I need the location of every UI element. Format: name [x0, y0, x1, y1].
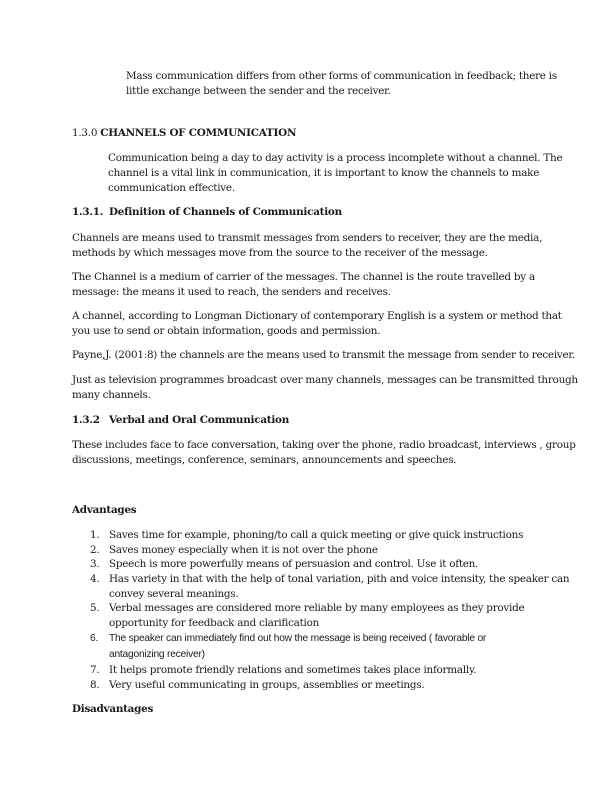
section-number: 1.3.2 — [72, 413, 109, 428]
section-title: Definition of Channels of Communication — [109, 206, 342, 218]
list-number: 6. — [90, 631, 109, 647]
disadvantages-heading: Disadvantages — [72, 702, 153, 717]
section-title: Verbal and Oral Communication — [109, 414, 289, 426]
paragraph-longman: A channel, according to Longman Dictiona… — [72, 309, 562, 339]
text-line: communication effective. — [108, 181, 562, 196]
list-number: 7. — [90, 663, 109, 678]
intro-paragraph: Mass communication differs from other fo… — [126, 69, 557, 99]
list-number: 5. — [90, 601, 109, 616]
document-page: Mass communication differs from other fo… — [0, 0, 612, 792]
text-line: The speaker can immediately find out how… — [109, 631, 486, 647]
text-line: A channel, according to Longman Dictiona… — [72, 309, 562, 324]
text-line: Verbal messages are considered more reli… — [109, 601, 524, 616]
list-number: 3. — [90, 557, 109, 572]
text-line: convey several meanings. — [109, 587, 569, 602]
advantages-heading: Advantages — [72, 503, 136, 518]
paragraph-channels-means: Channels are means used to transmit mess… — [72, 231, 542, 261]
text-line: little exchange between the sender and t… — [126, 84, 557, 99]
list-item: 5. Verbal messages are considered more r… — [90, 601, 109, 616]
list-item: 6. The speaker can immediately find out … — [90, 631, 109, 647]
list-number: 1. — [90, 528, 109, 543]
text-line: channel is a vital link in communication… — [108, 166, 562, 181]
text-line: Has variety in that with the help of ton… — [109, 572, 569, 587]
text-line: It helps promote friendly relations and … — [109, 663, 476, 678]
text-line: Communication being a day to day activit… — [108, 151, 562, 166]
paragraph-television: Just as television programmes broadcast … — [72, 373, 578, 403]
paragraph-channel-medium: The Channel is a medium of carrier of th… — [72, 270, 535, 300]
list-number: 8. — [90, 678, 109, 693]
text-line: many channels. — [72, 388, 578, 403]
section-132-paragraph: These includes face to face conversation… — [72, 438, 576, 468]
text-line: These includes face to face conversation… — [72, 438, 576, 453]
list-number: 2. — [90, 543, 109, 558]
text-line: antagonizing receiver) — [109, 647, 486, 663]
text-line: Just as television programmes broadcast … — [72, 373, 578, 388]
text-line: methods by which messages move from the … — [72, 246, 542, 261]
section-heading-130: 1.3.0 CHANNELS OF COMMUNICATION — [72, 126, 296, 141]
list-item: 8. Very useful communicating in groups, … — [90, 678, 109, 693]
text-line: Saves time for example, phoning/to call … — [109, 528, 523, 543]
text-line: discussions, meetings, conference, semin… — [72, 453, 576, 468]
text-line: Speech is more powerfully means of persu… — [109, 557, 478, 572]
text-line: Saves money especially when it is not ov… — [109, 543, 378, 558]
section-heading-131: 1.3.1.Definition of Channels of Communic… — [72, 205, 342, 220]
text-line: opportunity for feedback and clarificati… — [109, 616, 524, 631]
text-line: Channels are means used to transmit mess… — [72, 231, 542, 246]
section-heading-132: 1.3.2Verbal and Oral Communication — [72, 413, 289, 428]
list-item: 3. Speech is more powerfully means of pe… — [90, 557, 109, 572]
list-item: 2. Saves money especially when it is not… — [90, 543, 109, 558]
list-item: 4. Has variety in that with the help of … — [90, 572, 109, 587]
section-130-paragraph: Communication being a day to day activit… — [108, 151, 562, 196]
text-line: message: the means it used to reach, the… — [72, 285, 535, 300]
section-title: CHANNELS OF COMMUNICATION — [100, 127, 296, 139]
list-item: 7. It helps promote friendly relations a… — [90, 663, 109, 678]
text-line: Payne,J. (2001:8) the channels are the m… — [72, 348, 575, 363]
text-line: Very useful communicating in groups, ass… — [109, 678, 424, 693]
text-line: Mass communication differs from other fo… — [126, 69, 557, 84]
text-line: you use to send or obtain information, g… — [72, 324, 562, 339]
list-item: 1. Saves time for example, phoning/to ca… — [90, 528, 109, 543]
paragraph-payne: Payne,J. (2001:8) the channels are the m… — [72, 348, 575, 363]
text-line: The Channel is a medium of carrier of th… — [72, 270, 535, 285]
list-number: 4. — [90, 572, 109, 587]
section-number: 1.3.1. — [72, 205, 109, 220]
section-number: 1.3.0 — [72, 127, 100, 139]
